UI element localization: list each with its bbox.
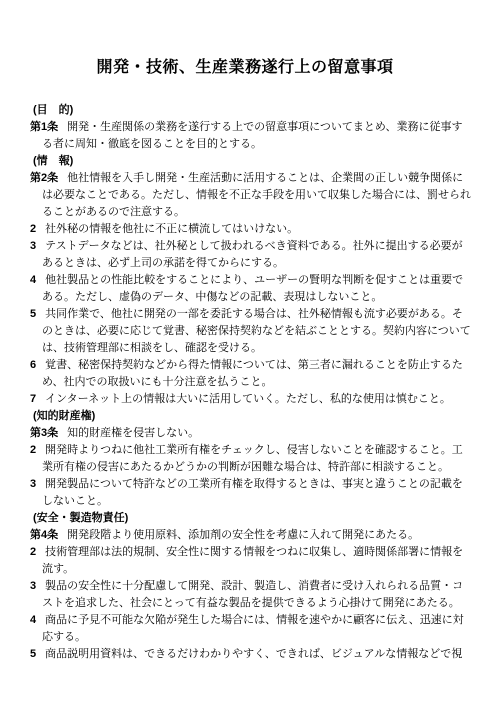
item-text: 製品の安全性に十分配慮して開発、設計、製造し、消費者に受け入れられる品質・コ <box>45 580 463 592</box>
item-label: 3 <box>30 580 36 592</box>
item-label: 第3条 <box>30 427 58 439</box>
section-heading: (情 報) <box>0 153 490 170</box>
item-text: 他社情報を入手し開発・生産活動に活用することは、企業間の正しい競争関係に <box>67 172 463 184</box>
item-label: 4 <box>30 274 36 286</box>
doc-line: 業所有権の侵害にあたるかどうかの判断が困難な場合は、特許部に相談すること。 <box>0 459 490 476</box>
doc-line: 第4条開発段階より使用原料、添加剤の安全性を考慮に入れて開発にあたる。 <box>0 527 490 544</box>
item-text: インターネット上の情報は大いに活用していく。ただし、私的な使用は慎むこと。 <box>45 393 451 405</box>
item-label: 2 <box>30 546 36 558</box>
item-label: 第1条 <box>30 121 58 133</box>
doc-line: 2開発時よりつねに他社工業所有権をチェックし、侵害しないことを確認すること。工 <box>0 442 490 459</box>
doc-line: 4他社製品との性能比較をすることにより、ユーザーの賢明な判断を促すことは重要で <box>0 272 490 289</box>
doc-line: め、社内での取扱いにも十分注意を払うこと。 <box>0 374 490 391</box>
doc-line: のときは、必要に応じて覚書、秘密保持契約などを結ぶこととする。契約内容について <box>0 323 490 340</box>
doc-line: 3開発製品について特許などの工業所有権を取得するときは、事実と違うことの記載を <box>0 476 490 493</box>
item-label: 6 <box>30 359 36 371</box>
item-label: 7 <box>30 393 36 405</box>
doc-line: 7インターネット上の情報は大いに活用していく。ただし、私的な使用は慎むこと。 <box>0 391 490 408</box>
item-text: 技術管理部は法的規制、安全性に関する情報をつねに収集し、適時関係部署に情報を <box>45 546 463 558</box>
doc-line: ストを追求した、社会にとって有益な製品を提供できるよう心掛けて開発にあたる。 <box>0 595 490 612</box>
doc-line: 5共同作業で、他社に開発の一部を委託する場合は、社外秘情報も流す必要がある。そ <box>0 306 490 323</box>
item-text: 商品に予見不可能な欠陥が発生した場合には、情報を速やかに顧客に伝え、迅速に対 <box>45 614 464 626</box>
item-text: 開発製品について特許などの工業所有権を取得するときは、事実と違うことの記載を <box>45 478 463 490</box>
item-text: 覚書、秘密保持契約などから得た情報については、第三者に漏れることを防止するた <box>45 359 463 371</box>
section-heading: (安全・製造物責任) <box>0 510 490 527</box>
doc-line: あるときは、必ず上司の承諾を得てからにする。 <box>0 255 490 272</box>
document-body: (目 的)第1条開発・生産関係の業務を遂行する上での留意事項についてまとめ、業務… <box>0 102 490 663</box>
document-title: 開発・技術、生産業務遂行上の留意事項 <box>0 56 490 80</box>
doc-line: る者に周知・徹底を図ることを目的とする。 <box>0 136 490 153</box>
item-label: 5 <box>30 648 36 660</box>
item-text: テストデータなどは、社外秘として扱われるべき資料である。社外に提出する必要が <box>45 240 463 252</box>
doc-line: ることがあるので注意する。 <box>0 204 490 221</box>
item-text: 共同作業で、他社に開発の一部を委託する場合は、社外秘情報も流す必要がある。そ <box>45 308 463 320</box>
item-label: 2 <box>30 223 36 235</box>
item-label: 5 <box>30 308 36 320</box>
doc-line: は必要なことである。ただし、情報を不正な手段を用いて収集した場合には、罰せられ <box>0 187 490 204</box>
item-label: 第4条 <box>30 529 58 541</box>
doc-line: 2技術管理部は法的規制、安全性に関する情報をつねに収集し、適時関係部署に情報を <box>0 544 490 561</box>
item-text: 他社製品との性能比較をすることにより、ユーザーの賢明な判断を促すことは重要で <box>45 274 463 286</box>
item-label: 3 <box>30 240 36 252</box>
item-text: 開発時よりつねに他社工業所有権をチェックし、侵害しないことを確認すること。工 <box>45 444 463 456</box>
item-text: 知的財産権を侵害しない。 <box>67 427 199 439</box>
item-label: 4 <box>30 614 36 626</box>
item-label: 2 <box>30 444 36 456</box>
doc-line: 応する。 <box>0 629 490 646</box>
doc-line: 6覚書、秘密保持契約などから得た情報については、第三者に漏れることを防止するた <box>0 357 490 374</box>
item-text: 社外秘の情報を他社に不正に横流してはいけない。 <box>45 223 298 235</box>
item-text: 商品説明用資料は、できるだけわかりやすく、できれば、ビジュアルな情報などで視 <box>45 648 462 660</box>
doc-line: 5商品説明用資料は、できるだけわかりやすく、できれば、ビジュアルな情報などで視 <box>0 646 490 663</box>
doc-line: 3テストデータなどは、社外秘として扱われるべき資料である。社外に提出する必要が <box>0 238 490 255</box>
doc-line: 2社外秘の情報を他社に不正に横流してはいけない。 <box>0 221 490 238</box>
item-text: 開発段階より使用原料、添加剤の安全性を考慮に入れて開発にあたる。 <box>67 529 419 541</box>
doc-line: は、技術管理部に相談をし、確認を受ける。 <box>0 340 490 357</box>
doc-line: しないこと。 <box>0 493 490 510</box>
item-text: 開発・生産関係の業務を遂行する上での留意事項についてまとめ、業務に従事す <box>67 121 462 133</box>
doc-line: 流す。 <box>0 561 490 578</box>
doc-line: ある。ただし、虚偽のデータ、中傷などの記載、表現はしないこと。 <box>0 289 490 306</box>
section-heading: (目 的) <box>0 102 490 119</box>
doc-line: 3製品の安全性に十分配慮して開発、設計、製造し、消費者に受け入れられる品質・コ <box>0 578 490 595</box>
item-label: 第2条 <box>30 172 58 184</box>
section-heading: (知的財産権) <box>0 408 490 425</box>
doc-line: 第1条開発・生産関係の業務を遂行する上での留意事項についてまとめ、業務に従事す <box>0 119 490 136</box>
item-label: 3 <box>30 478 36 490</box>
document-page: 開発・技術、生産業務遂行上の留意事項 (目 的)第1条開発・生産関係の業務を遂行… <box>0 0 490 705</box>
doc-line: 第3条知的財産権を侵害しない。 <box>0 425 490 442</box>
doc-line: 4商品に予見不可能な欠陥が発生した場合には、情報を速やかに顧客に伝え、迅速に対 <box>0 612 490 629</box>
doc-line: 第2条他社情報を入手し開発・生産活動に活用することは、企業間の正しい競争関係に <box>0 170 490 187</box>
